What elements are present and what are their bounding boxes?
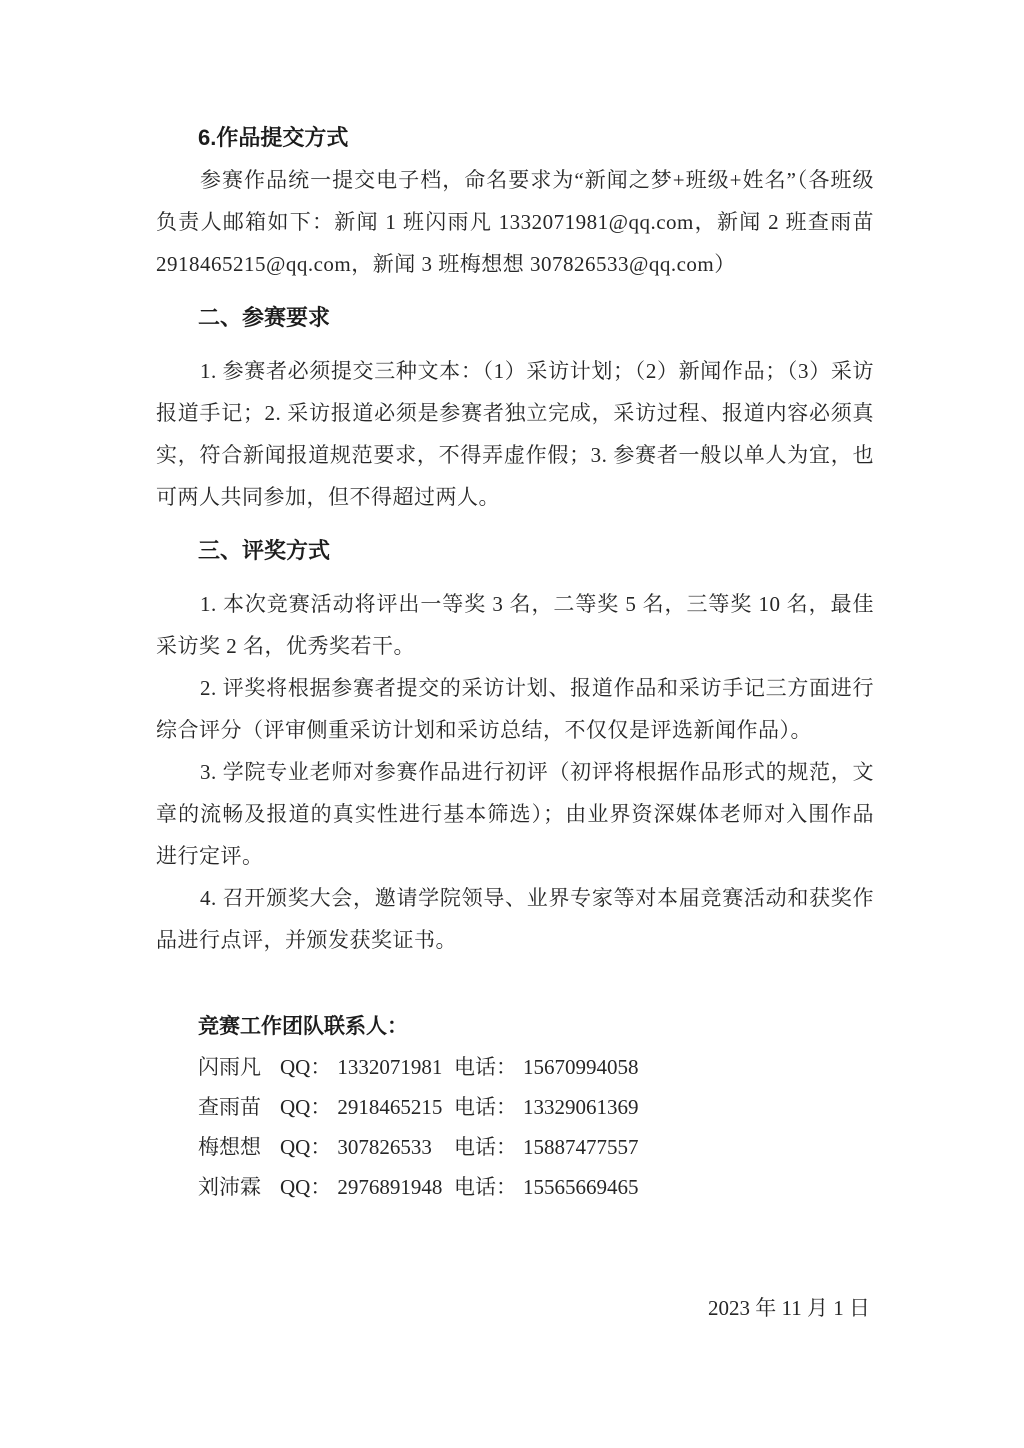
- contact-row: 闪雨凡 QQ： 1332071981 电话： 15670994058: [156, 1047, 874, 1087]
- contact-row: 梅想想 QQ： 307826533 电话： 15887477557: [156, 1127, 874, 1167]
- contact-phone: 电话： 15565669465: [454, 1167, 639, 1207]
- section-6-heading: 6.作品提交方式: [156, 117, 874, 159]
- contact-qq-label: QQ：: [280, 1047, 331, 1087]
- contact-phone-value: 15670994058: [523, 1047, 639, 1087]
- contact-qq-label: QQ：: [280, 1087, 331, 1127]
- contact-phone: 电话： 15887477557: [454, 1127, 639, 1167]
- section-two-paragraph: 1. 参赛者必须提交三种文本：（1）采访计划；（2）新闻作品；（3）采访报道手记…: [156, 350, 874, 518]
- contact-phone-label: 电话：: [454, 1047, 517, 1087]
- contact-phone-value: 13329061369: [523, 1087, 639, 1127]
- contact-phone-label: 电话：: [454, 1087, 517, 1127]
- section-three-item-3: 3. 学院专业老师对参赛作品进行初评（初评将根据作品形式的规范，文章的流畅及报道…: [156, 751, 874, 877]
- contact-qq-label: QQ：: [280, 1167, 331, 1207]
- section-three-item-2: 2. 评奖将根据参赛者提交的采访计划、报道作品和采访手记三方面进行综合评分（评审…: [156, 667, 874, 751]
- contact-row: 查雨苗 QQ： 2918465215 电话： 13329061369: [156, 1087, 874, 1127]
- contact-phone-value: 15887477557: [523, 1127, 639, 1167]
- contact-qq-value: 2976891948: [337, 1167, 442, 1207]
- contact-qq-value: 1332071981: [337, 1047, 442, 1087]
- contact-qq: QQ： 307826533: [280, 1127, 454, 1167]
- document-date: 2023 年 11 月 1 日: [156, 1287, 874, 1329]
- contact-name: 梅想想: [198, 1127, 280, 1167]
- contact-qq-value: 2918465215: [337, 1087, 442, 1127]
- section-three-item-4: 4. 召开颁奖大会，邀请学院领导、业界专家等对本届竞赛活动和获奖作品进行点评，并…: [156, 877, 874, 961]
- contact-qq: QQ： 2918465215: [280, 1087, 454, 1127]
- section-three-item-1: 1. 本次竞赛活动将评出一等奖 3 名，二等奖 5 名，三等奖 10 名，最佳采…: [156, 583, 874, 667]
- contact-phone-label: 电话：: [454, 1167, 517, 1207]
- contact-qq: QQ： 2976891948: [280, 1167, 454, 1207]
- contact-phone: 电话： 15670994058: [454, 1047, 639, 1087]
- contact-qq-label: QQ：: [280, 1127, 331, 1167]
- contact-name: 刘沛霖: [198, 1167, 280, 1207]
- contacts-heading: 竞赛工作团队联系人：: [156, 1007, 874, 1047]
- contact-row: 刘沛霖 QQ： 2976891948 电话： 15565669465: [156, 1167, 874, 1207]
- contact-phone-value: 15565669465: [523, 1167, 639, 1207]
- section-two-heading: 二、参赛要求: [156, 297, 874, 339]
- section-three-heading: 三、评奖方式: [156, 530, 874, 572]
- document-page: 6.作品提交方式 参赛作品统一提交电子档，命名要求为“新闻之梦+班级+姓名”（各…: [0, 0, 1024, 1448]
- contact-phone: 电话： 13329061369: [454, 1087, 639, 1127]
- contact-name: 查雨苗: [198, 1087, 280, 1127]
- contact-qq: QQ： 1332071981: [280, 1047, 454, 1087]
- contact-name: 闪雨凡: [198, 1047, 280, 1087]
- contact-qq-value: 307826533: [337, 1127, 432, 1167]
- contact-phone-label: 电话：: [454, 1127, 517, 1167]
- section-6-paragraph: 参赛作品统一提交电子档，命名要求为“新闻之梦+班级+姓名”（各班级负责人邮箱如下…: [156, 159, 874, 285]
